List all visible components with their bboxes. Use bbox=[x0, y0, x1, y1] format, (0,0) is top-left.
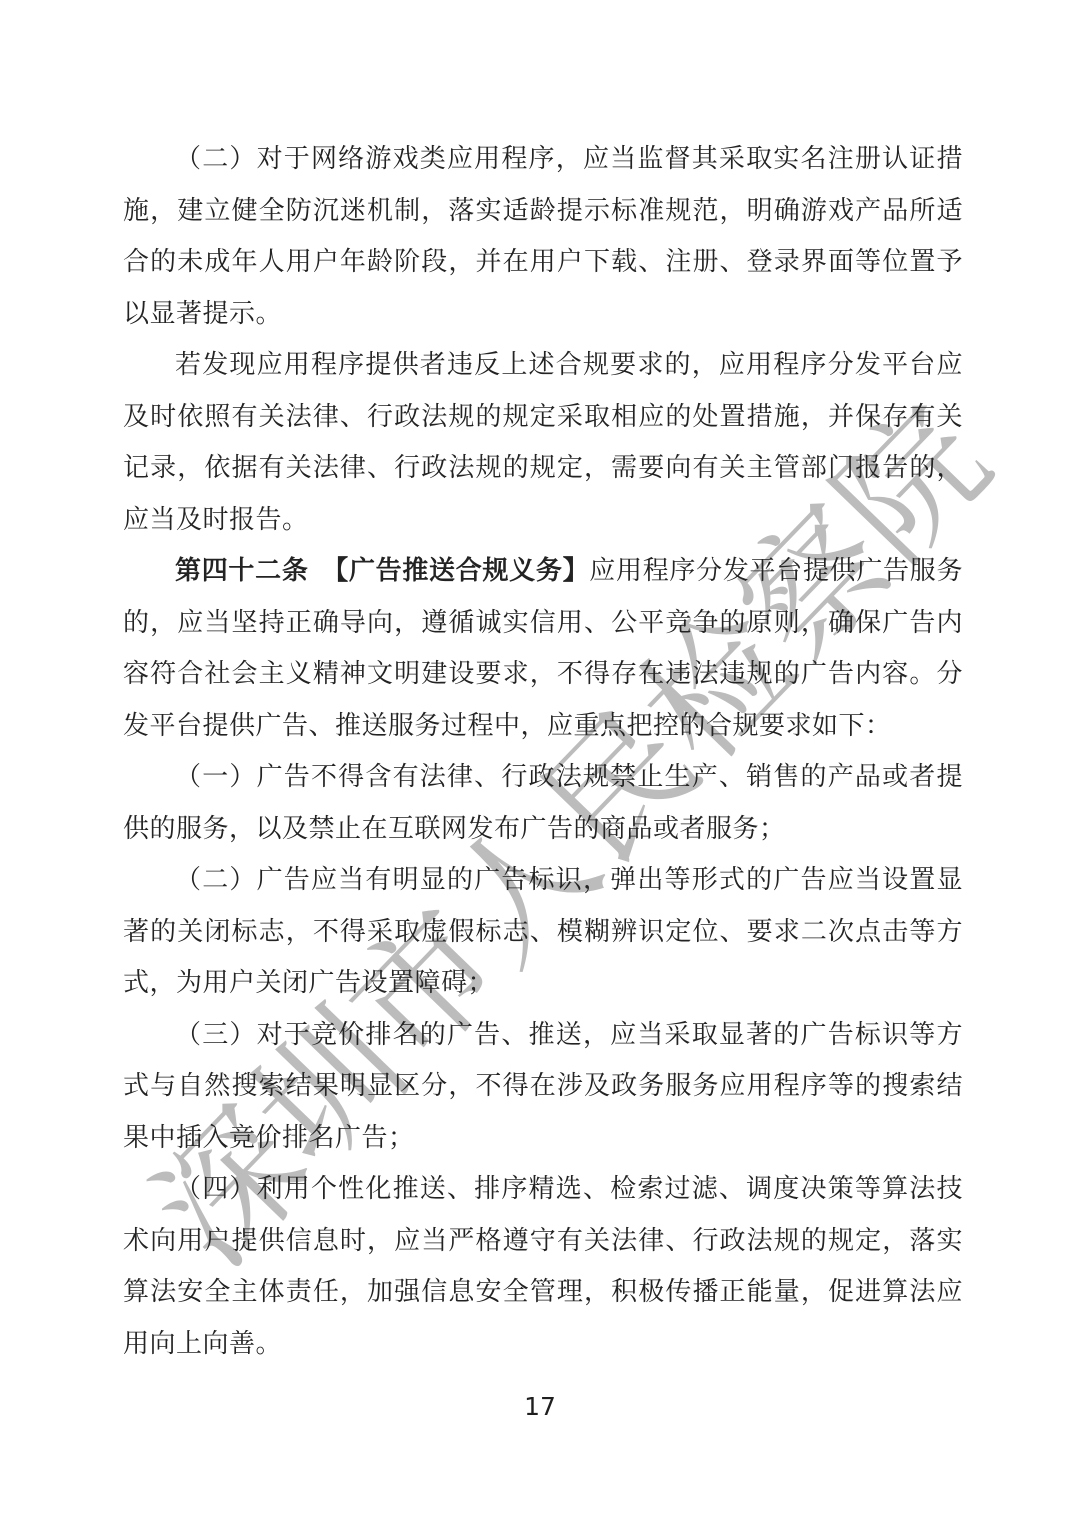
document-page: 深圳市人民检察院 （二）对于网络游戏类应用程序，应当监督其采取实名注册认证措施，… bbox=[0, 0, 1080, 1527]
paragraph-item-4: （四）利用个性化推送、排序精选、检索过滤、调度决策等算法技术向用户提供信息时，应… bbox=[123, 1163, 963, 1369]
paragraph-item-2: （二）广告应当有明显的广告标识，弹出等形式的广告应当设置显著的关闭标志，不得采取… bbox=[123, 854, 963, 1009]
paragraph-item-3: （三）对于竞价排名的广告、推送，应当采取显著的广告标识等方式与自然搜索结果明显区… bbox=[123, 1009, 963, 1164]
paragraph-item-1: （一）广告不得含有法律、行政法规禁止生产、销售的产品或者提供的服务，以及禁止在互… bbox=[123, 751, 963, 854]
article-42-heading: 第四十二条 【广告推送合规义务】 bbox=[175, 556, 589, 585]
paragraph-text: （二）广告应当有明显的广告标识，弹出等形式的广告应当设置显著的关闭标志，不得采取… bbox=[123, 865, 963, 997]
paragraph-text: （四）利用个性化推送、排序精选、检索过滤、调度决策等算法技术向用户提供信息时，应… bbox=[123, 1174, 963, 1358]
paragraph-game-apps: （二）对于网络游戏类应用程序，应当监督其采取实名注册认证措施，建立健全防沉迷机制… bbox=[123, 133, 963, 339]
paragraph-text: 若发现应用程序提供者违反上述合规要求的，应用程序分发平台应及时依照有关法律、行政… bbox=[123, 350, 963, 534]
paragraph-violation-handling: 若发现应用程序提供者违反上述合规要求的，应用程序分发平台应及时依照有关法律、行政… bbox=[123, 339, 963, 545]
paragraph-article-42: 第四十二条 【广告推送合规义务】应用程序分发平台提供广告服务的，应当坚持正确导向… bbox=[123, 545, 963, 751]
page-footer: 17 bbox=[0, 1392, 1080, 1421]
paragraph-text: （一）广告不得含有法律、行政法规禁止生产、销售的产品或者提供的服务，以及禁止在互… bbox=[123, 762, 963, 843]
paragraph-text: （二）对于网络游戏类应用程序，应当监督其采取实名注册认证措施，建立健全防沉迷机制… bbox=[123, 144, 963, 328]
document-body: （二）对于网络游戏类应用程序，应当监督其采取实名注册认证措施，建立健全防沉迷机制… bbox=[123, 133, 963, 1369]
page-number: 17 bbox=[524, 1392, 556, 1421]
paragraph-text: （三）对于竞价排名的广告、推送，应当采取显著的广告标识等方式与自然搜索结果明显区… bbox=[123, 1020, 963, 1152]
